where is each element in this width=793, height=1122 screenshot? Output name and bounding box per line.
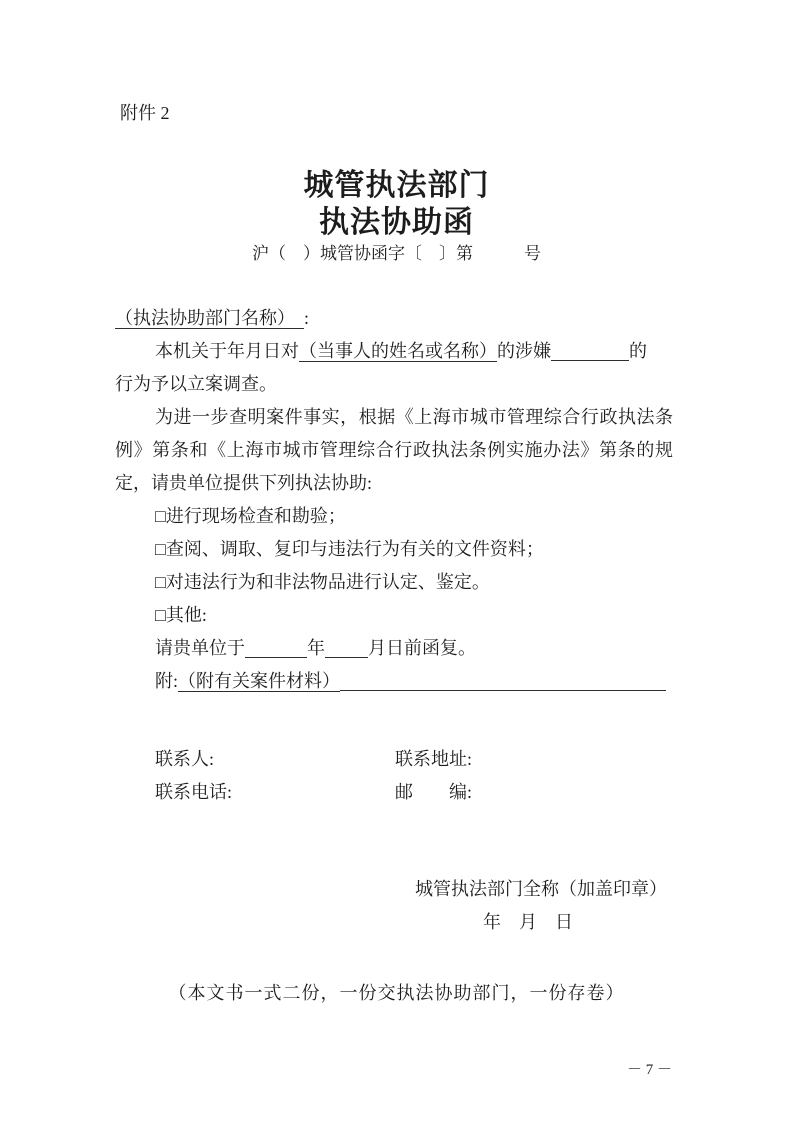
signature-date: 年 月 日 <box>115 906 673 939</box>
checkbox-icon: □ <box>155 506 166 526</box>
attachment-label: 附件 2 <box>120 100 793 127</box>
attachment-materials-blank <box>340 690 666 691</box>
attachment-materials-underline: （附有关案件材料） <box>178 671 340 692</box>
para2-line3: 定，请贵单位提供下列执法协助: <box>115 467 673 500</box>
para1-suffix: 的 <box>629 341 647 361</box>
para2-line1: 为进一步查明案件事实，根据《上海市城市管理综合行政执法条 <box>115 401 673 434</box>
para2-line2: 例》第条和《上海市城市管理综合行政执法条例实施办法》第条的规 <box>115 434 673 467</box>
checkbox-icon: □ <box>155 572 166 592</box>
document-page: 附件 2 城管执法部门 执法协助函 沪（ ）城管协函字〔 〕第 号 （执法协助部… <box>0 0 793 1122</box>
checkbox-label: 对违法行为和非法物品进行认定、鉴定。 <box>166 572 490 592</box>
document-title-line1: 城管执法部门 <box>0 167 793 204</box>
checkbox-item-appraisal: □对违法行为和非法物品进行认定、鉴定。 <box>115 566 673 599</box>
salutation-colon: : <box>304 308 309 328</box>
contact-address-label: 联系地址: <box>395 743 472 776</box>
checkbox-icon: □ <box>155 605 166 625</box>
reply-suffix: 月日前函复。 <box>368 638 476 658</box>
footer-note: （本文书一式二份，一份交执法协助部门，一份存卷） <box>0 977 793 1010</box>
attachment-materials-label: 附: <box>155 671 178 691</box>
salutation-line: （执法协助部门名称） : <box>115 302 673 335</box>
reply-prefix: 请贵单位于 <box>155 638 245 658</box>
salutation-underline: （执法协助部门名称） <box>115 308 304 329</box>
checkbox-item-documents: □查阅、调取、复印与违法行为有关的文件资料； <box>115 533 673 566</box>
page-number: － 7 － <box>627 1059 672 1081</box>
reply-year-label: 年 <box>307 638 325 658</box>
para1-line2: 行为予以立案调查。 <box>115 368 673 401</box>
document-number: 沪（ ）城管协函字〔 〕第 号 <box>0 242 793 266</box>
reply-year-blank <box>245 657 307 658</box>
checkbox-icon: □ <box>155 539 166 559</box>
reply-deadline-line: 请贵单位于年月日前函复。 <box>115 632 673 665</box>
document-title: 城管执法部门 执法协助函 <box>0 167 793 241</box>
contact-row-2: 联系电话: 邮 编: <box>115 776 673 809</box>
checkbox-item-other: □其他: <box>115 599 673 632</box>
contact-person-label: 联系人: <box>115 743 395 776</box>
para1-line1: 本机关于年月日对（当事人的姓名或名称）的涉嫌的 <box>115 335 673 368</box>
contact-postcode-label: 邮 编: <box>395 776 472 809</box>
checkbox-label: 其他: <box>166 605 207 625</box>
attachment-materials-line: 附:（附有关案件材料） <box>115 665 673 698</box>
reply-month-blank <box>325 657 368 658</box>
checkbox-label: 查阅、调取、复印与违法行为有关的文件资料； <box>166 539 544 559</box>
contact-phone-label: 联系电话: <box>115 776 395 809</box>
contact-section: 联系人: 联系地址: 联系电话: 邮 编: <box>115 743 673 809</box>
para1-prefix: 本机关于年月日对 <box>155 341 299 361</box>
signature-org: 城管执法部门全称（加盖印章） <box>115 873 673 906</box>
party-name-underline: （当事人的姓名或名称） <box>299 341 497 362</box>
document-title-line2: 执法协助函 <box>0 204 793 241</box>
signature-section: 城管执法部门全称（加盖印章） 年 月 日 <box>115 873 673 939</box>
checkbox-item-inspection: □进行现场检查和勘验； <box>115 500 673 533</box>
document-body: （执法协助部门名称） : 本机关于年月日对（当事人的姓名或名称）的涉嫌的 行为予… <box>115 302 673 698</box>
para1-middle: 的涉嫌 <box>497 341 551 361</box>
contact-row-1: 联系人: 联系地址: <box>115 743 673 776</box>
checkbox-label: 进行现场检查和勘验； <box>166 506 346 526</box>
suspicion-blank-underline <box>551 360 629 361</box>
